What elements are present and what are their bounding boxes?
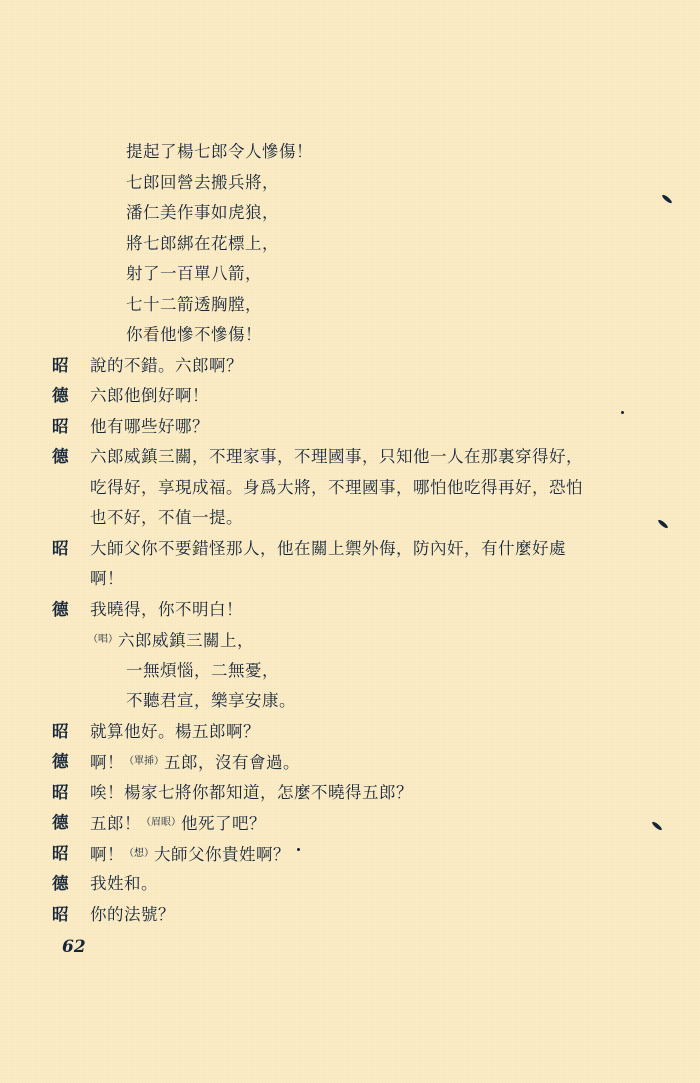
scan-speck bbox=[657, 519, 669, 530]
scan-speck bbox=[621, 411, 624, 414]
speaker-label: 德 bbox=[52, 381, 69, 411]
scan-speck bbox=[651, 821, 663, 832]
speaker-label: 昭 bbox=[52, 900, 69, 930]
speaker-label: 德 bbox=[52, 442, 69, 472]
stage-direction: （想） bbox=[124, 848, 154, 859]
stage-direction: （單揷） bbox=[124, 756, 164, 767]
speaker-label: 德 bbox=[52, 595, 69, 625]
stage-direction: （唱） bbox=[88, 634, 118, 645]
speaker-label: 昭 bbox=[52, 839, 69, 869]
speaker-label: 德 bbox=[52, 808, 69, 838]
speaker-label: 昭 bbox=[52, 717, 69, 747]
page-number: 62 bbox=[62, 937, 86, 957]
speaker-label: 德 bbox=[52, 869, 69, 899]
scan-speck bbox=[297, 848, 300, 851]
book-page: 提起了楊七郎令人慘傷！ 七郎回營去搬兵將， 潘仁美作事如虎狼， 將七郎綁在花標上… bbox=[0, 0, 700, 1083]
speaker-label: 昭 bbox=[52, 778, 69, 808]
speaker-label: 昭 bbox=[52, 412, 69, 442]
speaker-label: 昭 bbox=[52, 534, 69, 564]
speaker-label: 德 bbox=[52, 747, 69, 777]
stage-direction: （眉眼） bbox=[141, 817, 181, 828]
speaker-label: 昭 bbox=[52, 351, 69, 381]
scan-speck bbox=[661, 194, 673, 205]
